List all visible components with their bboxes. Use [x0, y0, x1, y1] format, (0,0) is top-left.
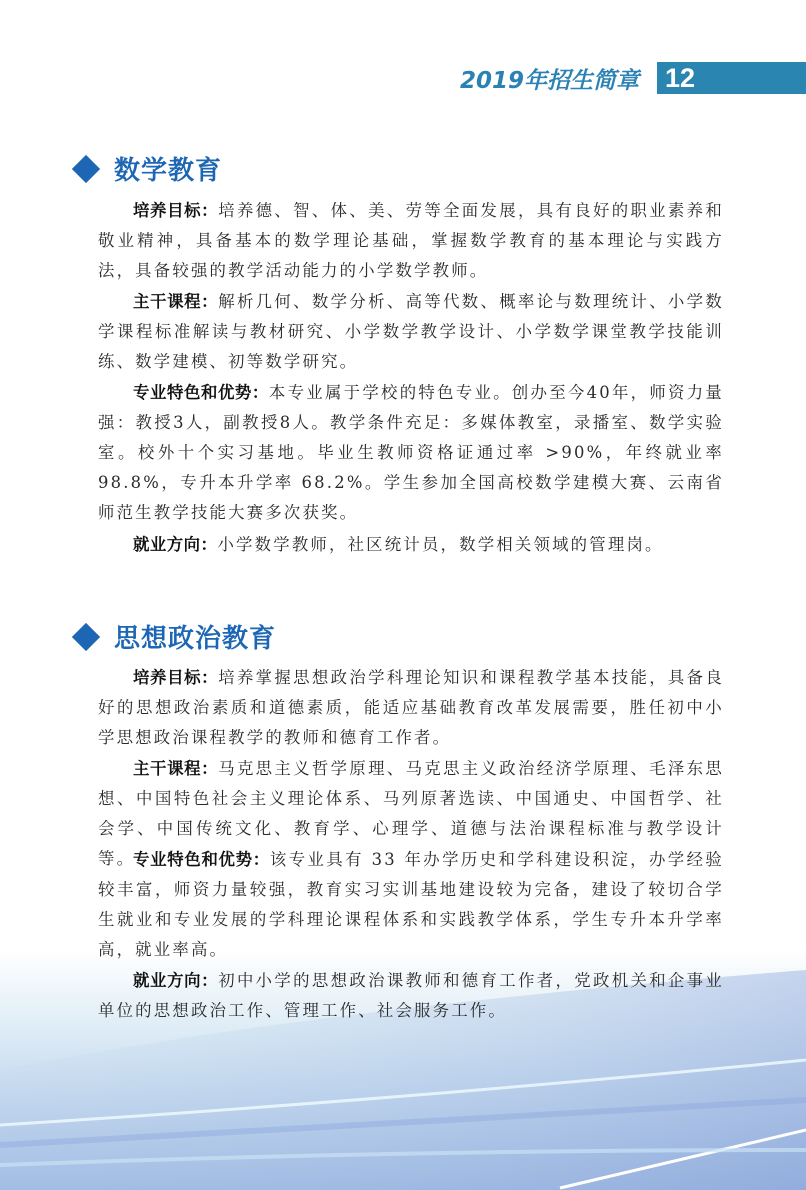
paragraph-features: 专业特色和优势：该专业具有 33 年办学历史和学科建设积淀，办学经验较丰富，师资… [98, 845, 724, 965]
paragraph-training-goal: 培养目标：培养德、智、体、美、劳等全面发展，具有良好的职业素养和敬业精神，具备基… [98, 196, 724, 286]
brochure-title: 2019年招生简章 [460, 62, 639, 95]
paragraph-label: 就业方向： [133, 535, 217, 554]
paragraph-core-courses: 主干课程：解析几何、数学分析、高等代数、概率论与数理统计、小学数学课程标准解读与… [98, 287, 724, 377]
paragraph-career: 就业方向：初中小学的思想政治课教师和德育工作者，党政机关和企事业单位的思想政治工… [98, 966, 724, 1026]
paragraph-features: 专业特色和优势：本专业属于学校的特色专业。创办至今40年，师资力量强：教授3人，… [98, 378, 724, 528]
section-title-politics: 思想政治教育 [70, 618, 276, 655]
paragraph-label: 主干课程： [133, 292, 218, 311]
paragraph-label: 培养目标： [133, 668, 218, 687]
diamond-bullet-icon [72, 622, 100, 650]
diamond-bullet-icon [72, 154, 100, 182]
paragraph-career: 就业方向：小学数学教师，社区统计员，数学相关领域的管理岗。 [98, 530, 724, 560]
paragraph-text: 本专业属于学校的特色专业。创办至今40年，师资力量强：教授3人，副教授8人。教学… [98, 383, 724, 522]
paragraph-training-goal: 培养目标：培养掌握思想政治学科理论知识和课程教学基本技能，具备良好的思想政治素质… [98, 663, 724, 753]
page-number-bar: 12 [657, 62, 806, 94]
section-title-math: 数学教育 [70, 150, 222, 187]
paragraph-label: 就业方向： [133, 971, 218, 990]
paragraph-label: 培养目标： [133, 201, 218, 220]
page-header: 2019年招生简章 12 [460, 62, 806, 94]
paragraph-text: 小学数学教师，社区统计员，数学相关领域的管理岗。 [217, 535, 663, 554]
section-heading: 数学教育 [114, 150, 222, 187]
paragraph-label: 专业特色和优势： [133, 850, 270, 869]
section-heading: 思想政治教育 [114, 618, 276, 655]
page-number: 12 [665, 63, 695, 94]
paragraph-label: 主干课程： [133, 759, 218, 778]
paragraph-label: 专业特色和优势： [133, 383, 269, 402]
